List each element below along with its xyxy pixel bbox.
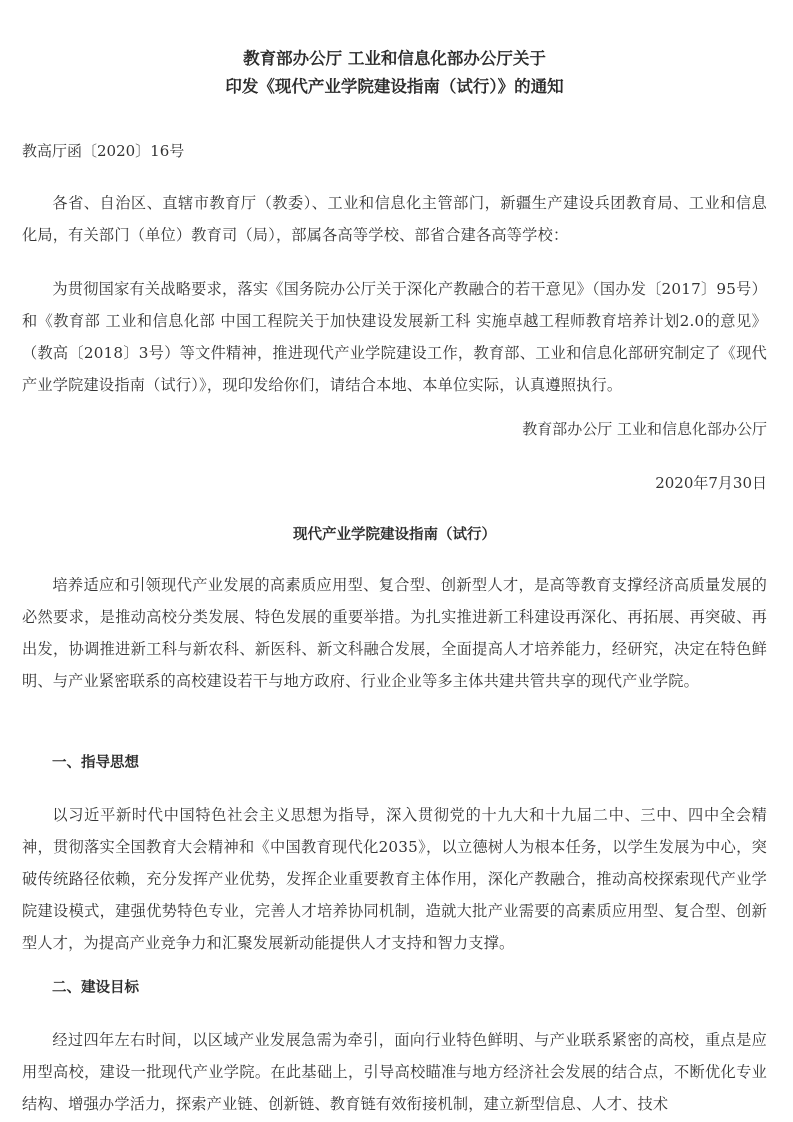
notice-title: 教育部办公厅 工业和信息化部办公厅关于 印发《现代产业学院建设指南（试行）》的通…: [22, 45, 767, 101]
addressees-paragraph: 各省、自治区、直辖市教育厅（教委）、工业和信息化主管部门，新疆生产建设兵团教育局…: [22, 187, 767, 251]
guide-intro-paragraph: 培养适应和引领现代产业发展的高素质应用型、复合型、创新型人才，是高等教育支撑经济…: [22, 569, 767, 697]
document-number: 教高厅函〔2020〕16号: [22, 140, 184, 161]
guide-title: 现代产业学院建设指南（试行）: [22, 523, 767, 544]
section-heading-1: 一、指导思想: [52, 751, 139, 772]
notice-body-paragraph: 为贯彻国家有关战略要求，落实《国务院办公厅关于深化产教融合的若干意见》（国办发〔…: [22, 273, 767, 401]
notice-title-line1: 教育部办公厅 工业和信息化部办公厅关于: [22, 45, 767, 73]
date: 2020年7月30日: [655, 472, 767, 493]
notice-title-line2: 印发《现代产业学院建设指南（试行）》的通知: [22, 73, 767, 101]
section-heading-2: 二、建设目标: [52, 976, 139, 997]
signature: 教育部办公厅 工业和信息化部办公厅: [522, 418, 767, 439]
section-text-1: 以习近平新时代中国特色社会主义思想为指导，深入贯彻党的十九大和十九届二中、三中、…: [22, 799, 767, 959]
section-text-2: 经过四年左右时间，以区域产业发展急需为牵引，面向行业特色鲜明、与产业联系紧密的高…: [22, 1024, 767, 1120]
